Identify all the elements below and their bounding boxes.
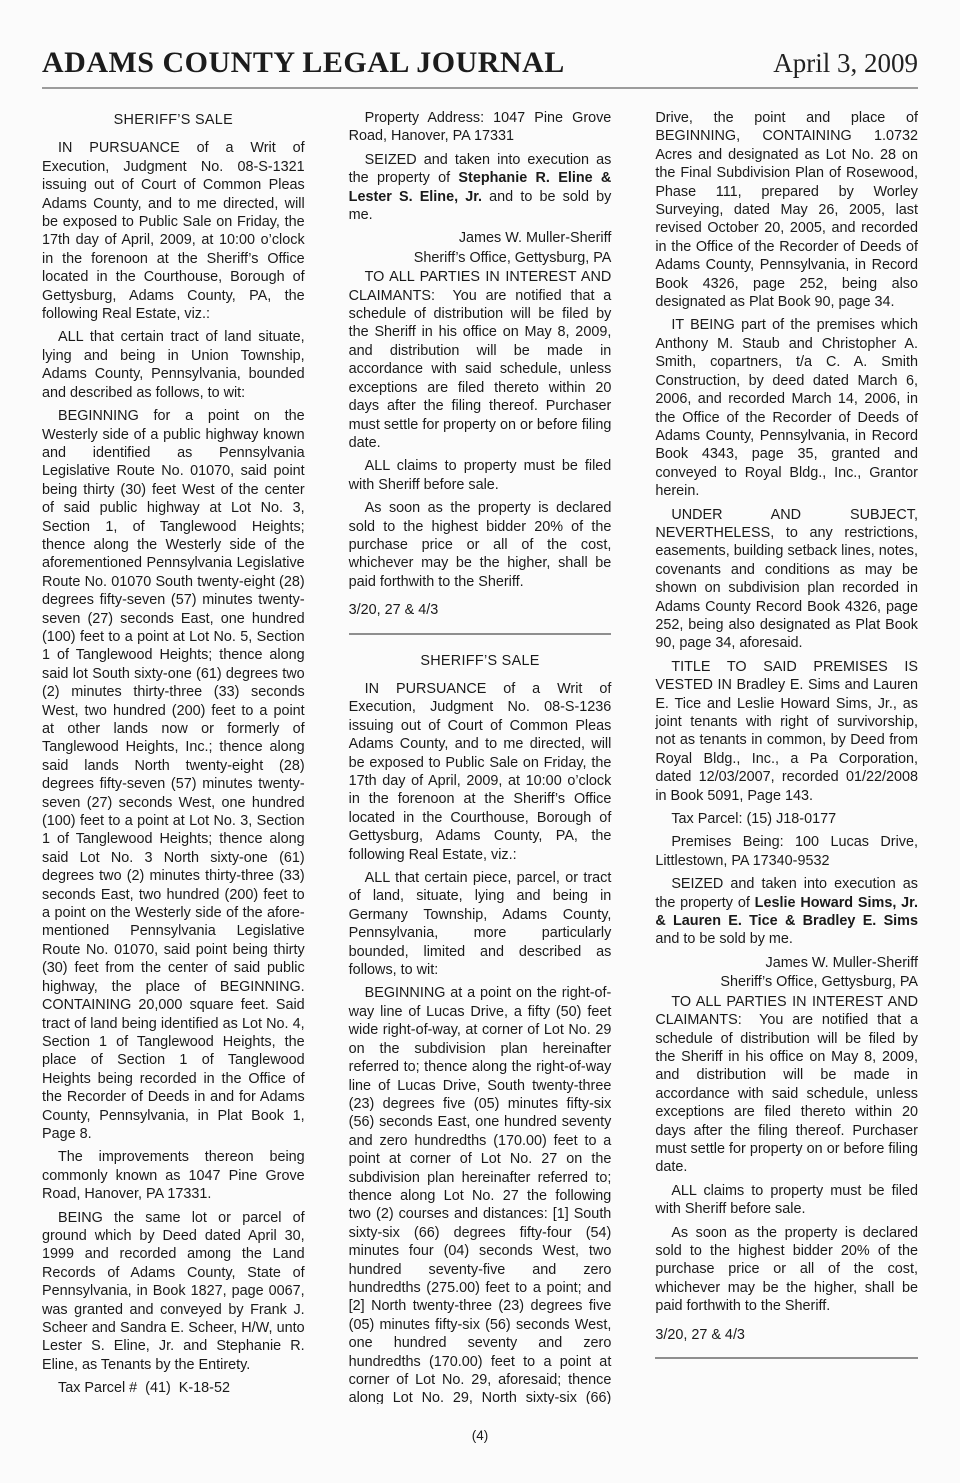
notice-heading: SHERIFF’S SALE <box>349 652 612 670</box>
journal-title: ADAMS COUNTY LEGAL JOURNAL <box>42 46 565 80</box>
notice-paragraph: IN PURSUANCE of a Writ of Execution, Jud… <box>42 139 305 323</box>
notice-paragraph-continuation: Drive, the point and place of BEGINNING,… <box>655 109 918 311</box>
sheriff-signature: James W. Muller-Sheriff <box>655 954 918 972</box>
notice-paragraph: BEGINNING for a point on the Westerly si… <box>42 407 305 1143</box>
page-number: (4) <box>472 1428 489 1443</box>
tax-parcel: Tax Parcel # (41) K-18-52 <box>42 1379 305 1397</box>
notice-paragraph: TITLE TO SAID PREMISES IS VESTED IN Brad… <box>655 658 918 805</box>
masthead-rule <box>42 87 918 89</box>
journal-footer: (4) <box>0 1428 960 1443</box>
property-address: Property Address: 1047 Pine Grove Road, … <box>349 109 612 146</box>
premises: Premises Being: 100 Lucas Drive, Littles… <box>655 833 918 870</box>
tax-parcel: Tax Parcel: (15) J18-0177 <box>655 810 918 828</box>
publication-dates: 3/20, 27 & 4/3 <box>655 1326 918 1344</box>
notice-separator <box>349 633 612 635</box>
notice-columns: SHERIFF’S SALEIN PURSUANCE of a Writ of … <box>42 109 918 1404</box>
sheriff-office: Sheriff’s Office, Gettysburg, PA <box>655 973 918 991</box>
notice-paragraph: ALL that certain piece, parcel, or tract… <box>349 869 612 979</box>
column-2: Property Address: 1047 Pine Grove Road, … <box>349 109 612 1404</box>
notice-paragraph: TO ALL PARTIES IN INTEREST AND CLAIMANTS… <box>349 268 612 452</box>
publication-dates: 3/20, 27 & 4/3 <box>349 601 612 619</box>
sheriff-signature: James W. Muller-Sheriff <box>349 229 612 247</box>
column-1: SHERIFF’S SALEIN PURSUANCE of a Writ of … <box>42 109 305 1404</box>
notice-paragraph: ALL that certain tract of land situate, … <box>42 328 305 402</box>
notice-paragraph: TO ALL PARTIES IN INTEREST AND CLAIMANTS… <box>655 993 918 1177</box>
notice-paragraph: IN PURSUANCE of a Writ of Execution, Jud… <box>349 680 612 864</box>
notice-paragraph: UNDER AND SUBJECT, NEVERTHELESS, to any … <box>655 506 918 653</box>
seized-statement: SEIZED and taken into execution as the p… <box>349 151 612 225</box>
issue-date: April 3, 2009 <box>773 48 918 79</box>
notice-paragraph: IT BEING part of the premises which Anth… <box>655 316 918 500</box>
journal-page: ADAMS COUNTY LEGAL JOURNAL April 3, 2009… <box>0 0 960 1483</box>
notice-heading: SHERIFF’S SALE <box>42 111 305 129</box>
journal-masthead: ADAMS COUNTY LEGAL JOURNAL April 3, 2009 <box>42 0 918 80</box>
seized-statement: SEIZED and taken into execution as the p… <box>655 875 918 949</box>
notice-paragraph: BEING the same lot or parcel of ground w… <box>42 1209 305 1375</box>
notice-paragraph: As soon as the property is declared sold… <box>655 1224 918 1316</box>
notice-paragraph: BEGINNING at a point on the right-of-way… <box>349 984 612 1404</box>
sheriff-office: Sheriff’s Office, Gettysburg, PA <box>349 249 612 267</box>
column-3: Drive, the point and place of BEGINNING,… <box>655 109 918 1404</box>
notice-paragraph: ALL claims to property must be filed wit… <box>349 457 612 494</box>
notice-paragraph: The improvements thereon being commonly … <box>42 1148 305 1203</box>
notice-paragraph: As soon as the property is declared sold… <box>349 499 612 591</box>
notice-separator <box>655 1357 918 1359</box>
notice-paragraph: ALL claims to property must be filed wit… <box>655 1182 918 1219</box>
